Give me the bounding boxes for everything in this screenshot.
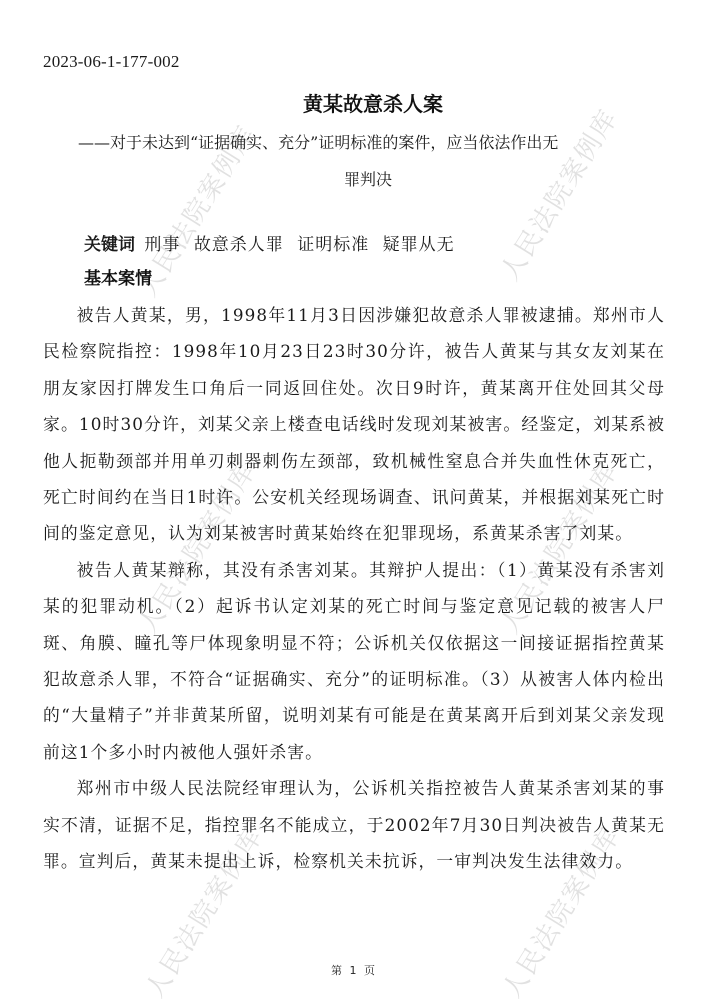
subtitle-line-2: 罪判决 — [58, 161, 678, 198]
page-suffix: 页 — [364, 964, 375, 977]
section-heading-basic-facts: 基本案情 — [84, 264, 152, 289]
paragraph: 被告人黄某辩称，其没有杀害刘某。其辩护人提出：（1）黄某没有杀害刘某的犯罪动机。… — [43, 552, 665, 770]
keyword: 证明标准 — [297, 235, 369, 255]
paragraph: 郑州市中级人民法院经审理认为，公诉机关指控被告人黄某杀害刘某的事实不清，证据不足… — [43, 770, 665, 879]
paragraph: 被告人黄某，男，1998年11月3日因涉嫌犯故意杀人罪被逮捕。郑州市人民检察院指… — [43, 297, 665, 552]
document-page: 人民法院案例库 人民法院案例库 人民法院案例库 人民法院案例库 人民法院案例库 … — [0, 0, 706, 999]
keywords-label: 关键词 — [84, 235, 135, 255]
document-subtitle: ——对于未达到“证据确实、充分”证明标准的案件，应当依法作出无 罪判决 — [78, 124, 678, 198]
section-body: 被告人黄某，男，1998年11月3日因涉嫌犯故意杀人罪被逮捕。郑州市人民检察院指… — [43, 297, 665, 880]
keywords: 关键词 刑事 故意杀人罪 证明标准 疑罪从无 — [84, 230, 463, 255]
case-id: 2023-06-1-177-002 — [43, 52, 180, 72]
document-title: 黄某故意杀人案 — [0, 88, 706, 117]
subtitle-line-1: ——对于未达到“证据确实、充分”证明标准的案件，应当依法作出无 — [78, 133, 558, 152]
keyword: 刑事 — [144, 235, 180, 255]
page-prefix: 第 — [331, 964, 342, 977]
page-number: 1 — [350, 964, 357, 977]
page-footer: 第 1 页 — [0, 962, 706, 978]
keyword: 故意杀人罪 — [194, 235, 284, 255]
keyword: 疑罪从无 — [383, 235, 455, 255]
